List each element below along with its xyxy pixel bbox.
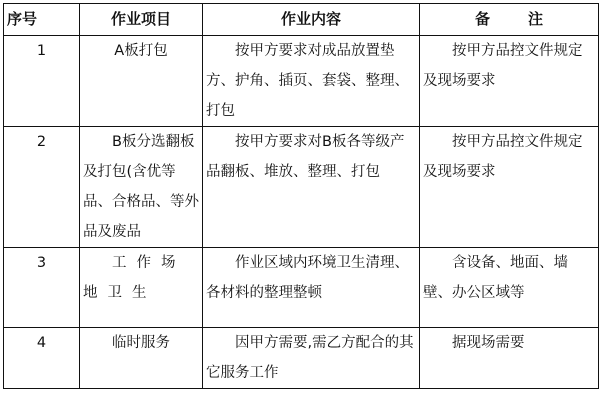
- cell-remark-text: 据现场需要: [423, 328, 595, 358]
- table-row: 4 临时服务 因甲方需要,需乙方配合的其它服务工作 据现场需要: [4, 328, 599, 389]
- cell-remark-text: 按甲方品控文件规定及现场要求: [423, 36, 595, 96]
- cell-no: 4: [4, 328, 80, 389]
- cell-item: B板分选翻板及打包(含优等品、合格品、等外品及废品: [80, 127, 203, 248]
- header-content: 作业内容: [203, 4, 420, 36]
- table-row: 2 B板分选翻板及打包(含优等品、合格品、等外品及废品 按甲方要求对B板各等级产…: [4, 127, 599, 248]
- header-remark-part2: 注: [528, 10, 543, 28]
- cell-item: 临时服务: [80, 328, 203, 389]
- cell-content: 因甲方需要,需乙方配合的其它服务工作: [203, 328, 420, 389]
- header-no: 序号: [4, 4, 80, 36]
- cell-item-text: 临时服务: [83, 328, 199, 358]
- cell-content-text: 按甲方要求对B板各等级产品翻板、堆放、整理、打包: [206, 127, 416, 187]
- cell-content-text: 因甲方需要,需乙方配合的其它服务工作: [206, 328, 416, 388]
- table-header-row: 序号 作业项目 作业内容 备注: [4, 4, 599, 36]
- work-items-table: 序号 作业项目 作业内容 备注 1 A板打包 按甲方要求对成品放置垫方、护角、插…: [3, 3, 599, 389]
- header-item: 作业项目: [80, 4, 203, 36]
- header-remark-part1: 备: [475, 10, 490, 28]
- cell-content-text: 按甲方要求对成品放置垫方、护角、插页、套袋、整理、打包: [206, 36, 416, 126]
- cell-no: 1: [4, 36, 80, 127]
- cell-content: 按甲方要求对B板各等级产品翻板、堆放、整理、打包: [203, 127, 420, 248]
- cell-content: 按甲方要求对成品放置垫方、护角、插页、套袋、整理、打包: [203, 36, 420, 127]
- cell-content-text: 作业区域内环境卫生清理、各材料的整理整顿: [206, 248, 416, 308]
- cell-item-text: B板分选翻板及打包(含优等品、合格品、等外品及废品: [83, 127, 199, 247]
- cell-item: 工作场地卫生: [80, 248, 203, 328]
- cell-no: 2: [4, 127, 80, 248]
- cell-remark: 按甲方品控文件规定及现场要求: [420, 36, 599, 127]
- cell-remark: 按甲方品控文件规定及现场要求: [420, 127, 599, 248]
- table-row: 1 A板打包 按甲方要求对成品放置垫方、护角、插页、套袋、整理、打包 按甲方品控…: [4, 36, 599, 127]
- table-row: 3 工作场地卫生 作业区域内环境卫生清理、各材料的整理整顿 含设备、地面、墙壁、…: [4, 248, 599, 328]
- cell-remark: 含设备、地面、墙壁、办公区域等: [420, 248, 599, 328]
- cell-no: 3: [4, 248, 80, 328]
- cell-item-text: 工作场地卫生: [83, 248, 199, 308]
- cell-item: A板打包: [80, 36, 203, 127]
- cell-remark: 据现场需要: [420, 328, 599, 389]
- cell-content: 作业区域内环境卫生清理、各材料的整理整顿: [203, 248, 420, 328]
- header-remark: 备注: [420, 4, 599, 36]
- cell-remark-text: 含设备、地面、墙壁、办公区域等: [423, 248, 595, 308]
- cell-remark-text: 按甲方品控文件规定及现场要求: [423, 127, 595, 187]
- cell-item-text: A板打包: [83, 36, 199, 66]
